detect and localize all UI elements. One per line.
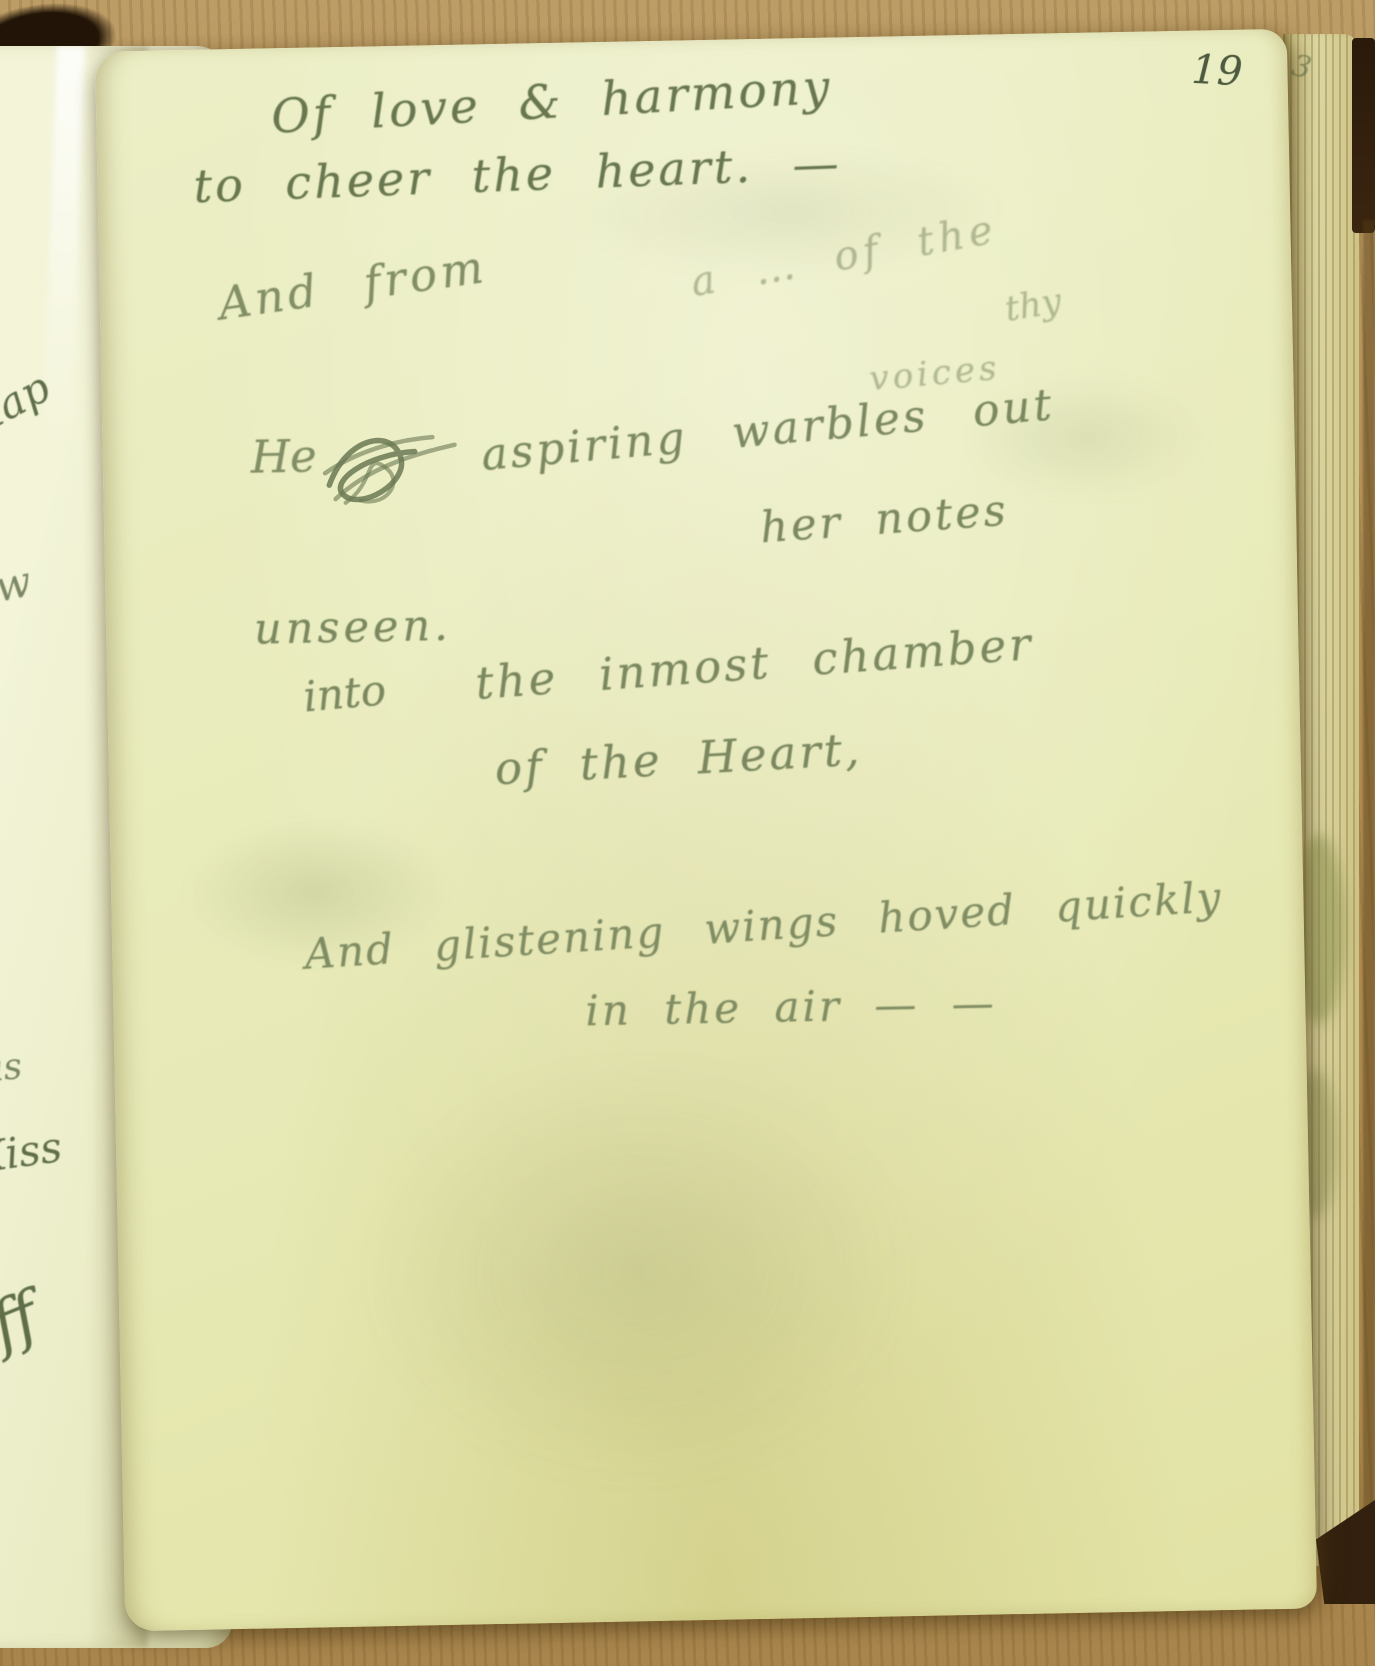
notebook-photo: hap f ow as Kiss ff 3 19 Of love & harmo… bbox=[0, 0, 1375, 1666]
handwritten-line: in the air — — bbox=[585, 978, 997, 1035]
handwritten-line: Of love & harmony bbox=[270, 60, 834, 145]
left-page-flourish-fragment: ff bbox=[0, 1278, 50, 1364]
manuscript-page: 19 Of love & harmony to cheer the heart.… bbox=[95, 29, 1317, 1632]
handwritten-line-faint: thy bbox=[1002, 281, 1064, 329]
graphite-smudge bbox=[354, 1046, 922, 1497]
page-number: 19 bbox=[1190, 47, 1243, 96]
handwritten-line-faint: a … of the bbox=[687, 206, 1001, 306]
handwritten-line: to cheer the heart. — bbox=[193, 136, 843, 214]
handwritten-line: into bbox=[301, 665, 388, 721]
handwritten-line: And from bbox=[215, 240, 490, 331]
book-cover-edge-right bbox=[1363, 220, 1375, 1520]
left-page-text-fragment: as bbox=[0, 1046, 24, 1091]
handwritten-line: the inmost chamber bbox=[474, 617, 1036, 710]
left-page-text-fragment: f bbox=[0, 477, 3, 534]
left-page-text-fragment: Kiss bbox=[0, 1122, 65, 1183]
handwritten-line: unseen. bbox=[254, 601, 453, 655]
page-curl-highlight bbox=[43, 46, 85, 446]
handwritten-line: her notes bbox=[759, 486, 1011, 554]
handwritten-line: of the Heart, bbox=[493, 723, 863, 796]
handwritten-line: aspiring warbles out bbox=[479, 379, 1056, 481]
book-cover-edge-top-right bbox=[1352, 38, 1375, 233]
handwritten-line: And glistening wings hoved quickly bbox=[303, 872, 1224, 979]
handwritten-line: He bbox=[250, 429, 317, 483]
scribbled-out-word bbox=[314, 420, 476, 523]
left-page-text-fragment: ow bbox=[0, 556, 36, 617]
